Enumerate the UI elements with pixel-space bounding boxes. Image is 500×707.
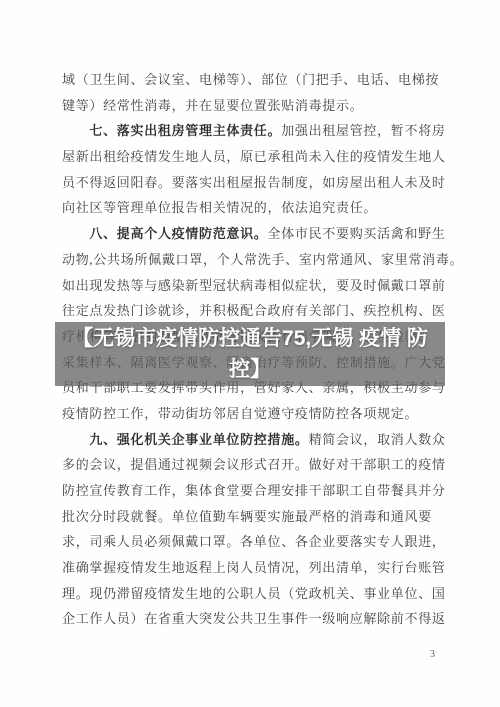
body-text: 员不得返回阳春。要落实出租屋报告制度，如房屋出租人未及时 <box>62 175 446 190</box>
body-text: 向社区等管理单位报告相关情况的，依法追究责任。 <box>62 200 377 215</box>
body-text: 疫情防控工作，带动街坊邻居自觉遵守疫情防控各项规定。 <box>62 406 418 421</box>
text-line: 往定点发热门诊就诊，并积极配合政府有关部门、疾控机构、医 <box>62 298 448 324</box>
body-text: 屋新出租给疫情发生地人员，原已承租尚未入住的疫情发生地人 <box>62 149 446 164</box>
section-heading-text: 九、强化机关企事业单位防控措施。 <box>89 432 308 447</box>
body-text: 防控宣传教育工作，集体食堂要合理安排干部职工自带餐具并分 <box>62 483 446 498</box>
text-line: 多的会议，提倡通过视频会议形式召开。做好对干部职工的疫情 <box>62 452 448 478</box>
text-line: 键等）经常性消毒，并在显要位置张贴消毒提示。 <box>62 93 448 119</box>
text-line: 防控宣传教育工作，集体食堂要合理安排干部职工自带餐具并分 <box>62 478 448 504</box>
scanned-document-page: 域（卫生间、会议室、电梯等）、部位（门把手、电话、电梯按键等）经常性消毒，并在显… <box>0 0 500 707</box>
text-line: 向社区等管理单位报告相关情况的，依法追究责任。 <box>62 195 448 221</box>
body-text: 加强出租屋管控，暂不将房 <box>281 123 445 138</box>
text-line: 九、强化机关企事业单位防控措施。精简会议，取消人数众 <box>62 427 448 453</box>
body-text: 如出现发热等与感染新型冠状病毒相似症状，要及时佩戴口罩前 <box>62 278 446 293</box>
page-number: 3 <box>430 648 435 662</box>
watermark-title-text: 【无锡市疫情防控通告75,无锡 疫情 防控】 <box>65 323 435 385</box>
text-line: 如出现发热等与感染新型冠状病毒相似症状，要及时佩戴口罩前 <box>62 273 448 299</box>
body-text: 批次分时段就餐。单位值勤车辆要实施最严格的消毒和通风要 <box>62 509 432 524</box>
body-text: 全体市民不要购买活禽和野生 <box>268 226 446 241</box>
body-text: 键等）经常性消毒，并在显要位置张贴消毒提示。 <box>62 98 363 113</box>
text-line: 屋新出租给疫情发生地人员，原已承租尚未入住的疫情发生地人 <box>62 144 448 170</box>
body-text: 准确掌握疫情发生地返程上岗人员情况，列出清单，实行台账管 <box>62 560 446 575</box>
text-line: 域（卫生间、会议室、电梯等）、部位（门把手、电话、电梯按 <box>62 67 448 93</box>
text-line: 七、落实出租房管理主体责任。加强出租屋管控，暂不将房 <box>62 118 448 144</box>
text-line: 求，司乘人员必须佩戴口罩。各单位、各企业要落实专人跟进， <box>62 529 448 555</box>
text-line: 八、提高个人疫情防范意识。全体市民不要购买活禽和野生 <box>62 221 448 247</box>
text-line: 理。现仍滞留疫情发生地的公职人员（党政机关、事业单位、国 <box>62 581 448 607</box>
body-text: 企工作人员）在省重大突发公共卫生事件一级响应解除前不得返 <box>62 611 446 626</box>
section-heading-text: 八、提高个人疫情防范意识。 <box>89 226 267 241</box>
text-line: 动物,公共场所佩戴口罩，个人常洗手、室内常通风、家里常消毒。 <box>62 247 448 273</box>
text-line: 准确掌握疫情发生地返程上岗人员情况，列出清单，实行台账管 <box>62 555 448 581</box>
body-text: 动物,公共场所佩戴口罩，个人常洗手、室内常通风、家里常消毒。 <box>62 252 463 267</box>
body-text: 求，司乘人员必须佩戴口罩。各单位、各企业要落实专人跟进， <box>62 534 446 549</box>
body-text: 精简会议，取消人数众 <box>309 432 446 447</box>
body-text: 多的会议，提倡通过视频会议形式召开。做好对干部职工的疫情 <box>62 457 446 472</box>
section-heading-text: 七、落实出租房管理主体责任。 <box>89 123 281 138</box>
body-text: 理。现仍滞留疫情发生地的公职人员（党政机关、事业单位、国 <box>62 586 446 601</box>
body-text: 往定点发热门诊就诊，并积极配合政府有关部门、疾控机构、医 <box>62 303 446 318</box>
text-line: 企工作人员）在省重大突发公共卫生事件一级响应解除前不得返 <box>62 606 448 632</box>
text-line: 批次分时段就餐。单位值勤车辆要实施最严格的消毒和通风要 <box>62 504 448 530</box>
body-text: 域（卫生间、会议室、电梯等）、部位（门把手、电话、电梯按 <box>62 72 439 87</box>
text-line: 疫情防控工作，带动街坊邻居自觉遵守疫情防控各项规定。 <box>62 401 448 427</box>
text-line: 员不得返回阳春。要落实出租屋报告制度，如房屋出租人未及时 <box>62 170 448 196</box>
watermark-title-banner: 【无锡市疫情防控通告75,无锡 疫情 防控】 <box>55 322 445 386</box>
